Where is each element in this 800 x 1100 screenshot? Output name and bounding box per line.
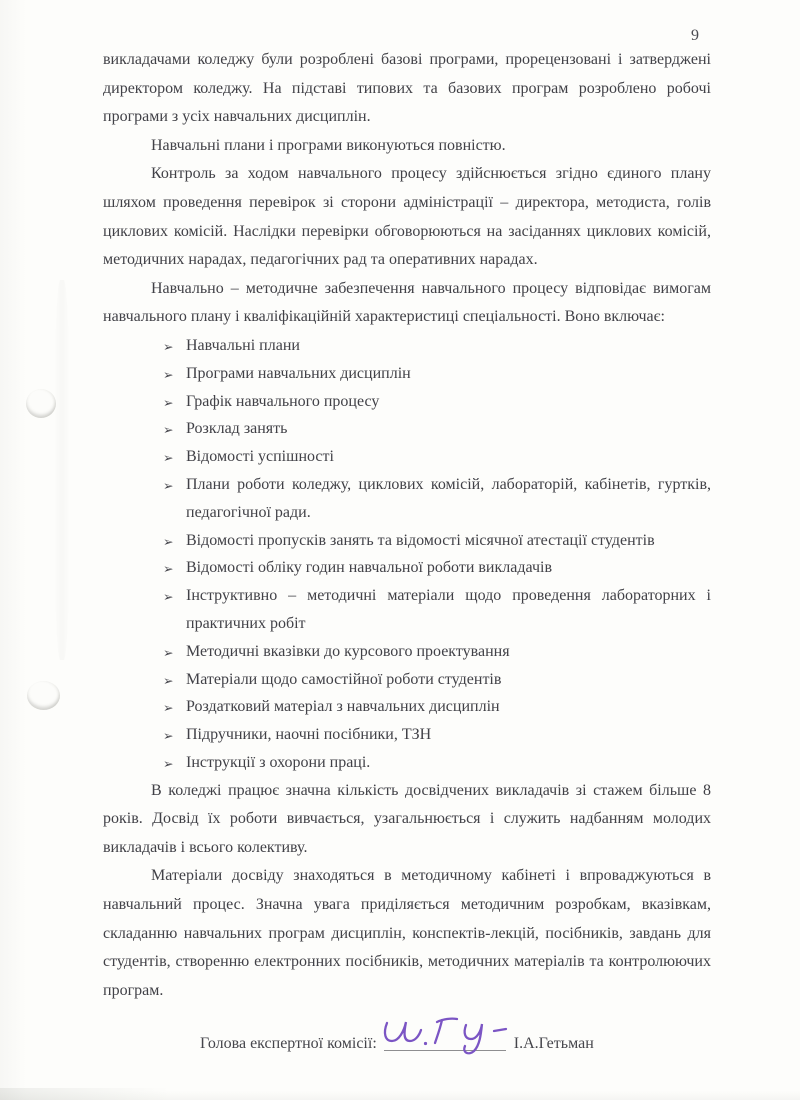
paragraph: Навчально – методичне забезпечення навча… xyxy=(103,275,711,332)
arrow-bullet-icon: ➢ xyxy=(163,555,173,583)
paragraph: викладачами коледжу були розроблені базо… xyxy=(103,46,711,132)
list-item-text: Відомості обліку годин навчальної роботи… xyxy=(186,559,552,576)
list-item: ➢Відомості обліку годин навчальної робот… xyxy=(103,554,711,582)
arrow-bullet-icon: ➢ xyxy=(163,667,173,695)
list-item: ➢Інструктивно – методичні матеріали щодо… xyxy=(103,582,711,638)
list-item: ➢Роздатковий матеріал з навчальних дисци… xyxy=(103,693,711,721)
scanned-document-page: 9 викладачами коледжу були розроблені ба… xyxy=(0,0,800,1100)
signature-handwriting-icon xyxy=(378,1010,516,1058)
arrow-bullet-icon: ➢ xyxy=(163,416,173,444)
page-number: 9 xyxy=(691,27,699,45)
list-item-text: Відомості успішності xyxy=(186,448,334,465)
list-item: ➢Плани роботи коледжу, циклових комісій,… xyxy=(103,471,711,527)
list-item-text: Інструкції з охорони праці. xyxy=(186,754,370,771)
arrow-bullet-icon: ➢ xyxy=(163,444,173,472)
scan-crease xyxy=(54,280,70,660)
list-item-text: Інструктивно – методичні матеріали щодо … xyxy=(186,587,711,632)
paragraph: Контроль за ходом навчального процесу зд… xyxy=(103,160,711,274)
paragraph: Навчальні плани і програми виконуються п… xyxy=(103,132,711,161)
list-item-text: Програми навчальних дисциплін xyxy=(186,365,411,382)
arrow-bullet-icon: ➢ xyxy=(163,722,173,750)
paragraph: В коледжі працює значна кількість досвід… xyxy=(103,777,711,863)
list-item: ➢Графік навчального процесу xyxy=(103,388,711,416)
list-item-text: Розклад занять xyxy=(186,420,287,437)
list-item: ➢Відомості пропусків занять та відомості… xyxy=(103,527,711,555)
paragraph: Матеріали досвіду знаходяться в методичн… xyxy=(103,862,711,1005)
signature-label: Голова експертної комісії: xyxy=(200,1035,377,1053)
list-item: ➢Інструкції з охорони праці. xyxy=(103,749,711,777)
arrow-bullet-icon: ➢ xyxy=(163,361,173,389)
list-item-text: Графік навчального процесу xyxy=(186,393,379,410)
list-item-text: Плани роботи коледжу, циклових комісій, … xyxy=(186,476,711,521)
arrow-bullet-icon: ➢ xyxy=(163,694,173,722)
arrow-bullet-icon: ➢ xyxy=(163,389,173,417)
list-item: ➢Підручники, наочні посібники, ТЗН xyxy=(103,721,711,749)
list-item: ➢Розклад занять xyxy=(103,415,711,443)
list-item-text: Навчальні плани xyxy=(186,337,300,354)
arrow-bullet-icon: ➢ xyxy=(163,333,173,361)
arrow-bullet-icon: ➢ xyxy=(163,639,173,667)
signature-name: І.А.Гетьман xyxy=(514,1035,594,1053)
arrow-bullet-icon: ➢ xyxy=(163,528,173,556)
bullet-list: ➢Навчальні плани ➢Програми навчальних ди… xyxy=(103,332,711,777)
arrow-bullet-icon: ➢ xyxy=(163,472,173,500)
list-item-text: Роздатковий матеріал з навчальних дисцип… xyxy=(186,698,500,715)
list-item-text: Матеріали щодо самостійної роботи студен… xyxy=(186,671,501,688)
arrow-bullet-icon: ➢ xyxy=(163,583,173,611)
list-item: ➢Навчальні плани xyxy=(103,332,711,360)
signature-block: Голова експертної комісії: І.А.Гетьман xyxy=(200,1030,594,1053)
hole-punch xyxy=(27,681,60,710)
scan-edge-smudge xyxy=(0,1088,170,1100)
list-item-text: Підручники, наочні посібники, ТЗН xyxy=(186,726,431,743)
list-item: ➢Відомості успішності xyxy=(103,443,711,471)
arrow-bullet-icon: ➢ xyxy=(163,750,173,778)
list-item: ➢Програми навчальних дисциплін xyxy=(103,360,711,388)
list-item-text: Відомості пропусків занять та відомості … xyxy=(186,532,655,549)
list-item: ➢Матеріали щодо самостійної роботи студе… xyxy=(103,666,711,694)
list-item-text: Методичні вказівки до курсового проектув… xyxy=(186,643,510,660)
document-body: викладачами коледжу були розроблені базо… xyxy=(103,46,711,1005)
list-item: ➢Методичні вказівки до курсового проекту… xyxy=(103,638,711,666)
signature-line xyxy=(384,1030,506,1051)
hole-punch xyxy=(26,389,56,418)
